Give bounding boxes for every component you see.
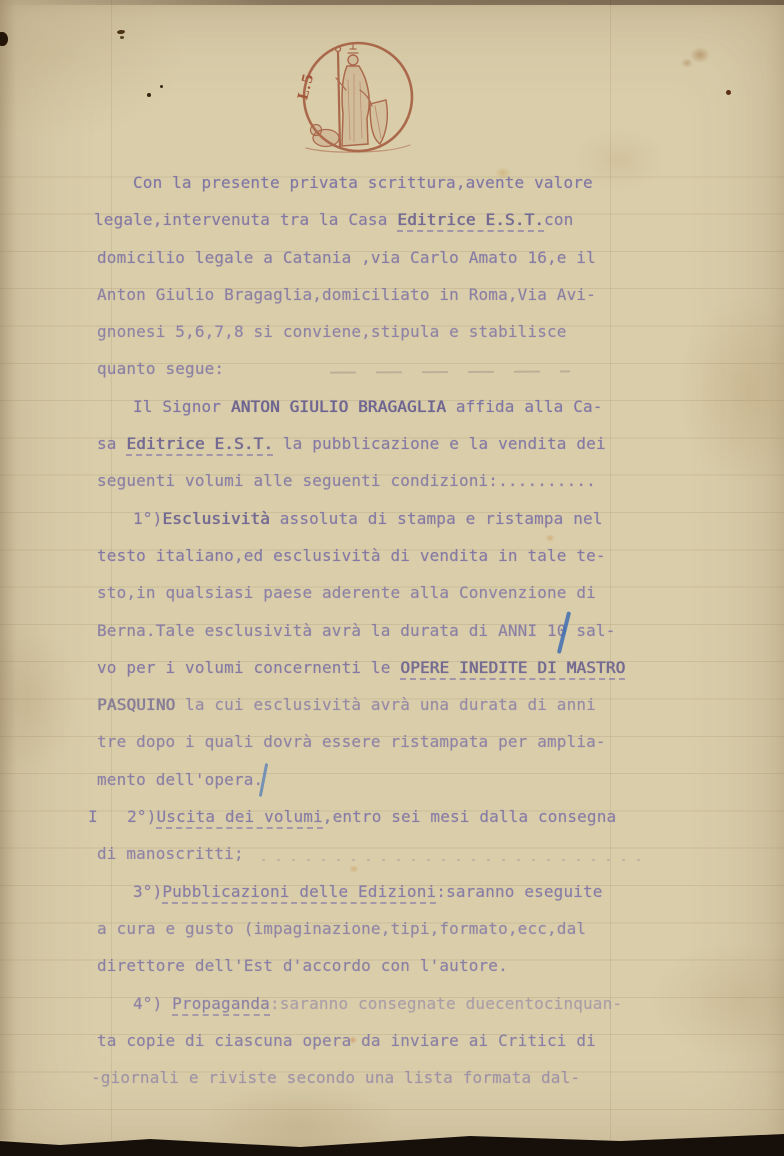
text-segment: :saranno consegnate duecentocinquan- bbox=[270, 994, 622, 1013]
text-segment: 3°) bbox=[133, 882, 162, 901]
document-page: L.5 Con la presente privata scrittura,av… bbox=[0, 0, 784, 1156]
text-segment: Editrice E.S.T. bbox=[397, 210, 544, 232]
text-segment: testo italiano,ed esclusività di vendita… bbox=[97, 546, 606, 565]
stamp-figure-head bbox=[348, 55, 358, 65]
text-line: seguenti volumi alle seguenti condizioni… bbox=[97, 462, 737, 499]
text-line: Con la presente privata scrittura,avente… bbox=[97, 164, 737, 201]
text-segment: Berna.Tale esclusività avrà la durata di… bbox=[97, 621, 616, 640]
stamp-staff bbox=[338, 52, 340, 148]
text-segment: sa bbox=[97, 434, 126, 453]
pencil-smudge bbox=[262, 859, 642, 861]
text-segment: la cui esclusività avrà una durata di an… bbox=[175, 695, 596, 714]
text-line: direttore dell'Est d'accordo con l'autor… bbox=[97, 947, 737, 984]
text-line: sa Editrice E.S.T. la pubblicazione e la… bbox=[97, 425, 737, 462]
ink-speck bbox=[117, 30, 125, 35]
text-line: -giornali e riviste secondo una lista fo… bbox=[91, 1059, 737, 1096]
stamp-shield bbox=[370, 100, 387, 144]
text-segment: domicilio legale a Catania ,via Carlo Am… bbox=[97, 248, 596, 267]
text-segment: I 2°) bbox=[88, 807, 156, 826]
text-segment: Uscita dei volumi bbox=[156, 807, 322, 829]
text-segment: Propaganda bbox=[172, 994, 270, 1016]
text-line: quanto segue: bbox=[97, 350, 737, 387]
text-line: Il Signor ANTON GIULIO BRAGAGLIA affida … bbox=[97, 388, 737, 425]
text-segment: 4°) bbox=[133, 994, 172, 1013]
paper-edge-shadow bbox=[0, 0, 784, 5]
text-segment: la pubblicazione e la vendita dei bbox=[273, 434, 606, 453]
ink-speck bbox=[160, 85, 163, 88]
ink-speck bbox=[726, 90, 731, 95]
text-segment: Anton Giulio Bragaglia,domiciliato in Ro… bbox=[97, 285, 596, 304]
text-segment: ANTON GIULIO BRAGAGLIA bbox=[231, 397, 446, 416]
text-segment: seguenti volumi alle seguenti condizioni… bbox=[97, 471, 596, 490]
text-line: di manoscritti; bbox=[97, 835, 737, 872]
text-segment: ta copie di ciascuna opera da inviare ai… bbox=[97, 1031, 596, 1050]
text-segment: Esclusività bbox=[162, 509, 270, 528]
typed-text: Con la presente privata scrittura,avente… bbox=[97, 164, 737, 1096]
text-segment: mento dell'opera. bbox=[97, 770, 263, 789]
paper-edge-shadow bbox=[0, 0, 16, 1140]
text-segment: -giornali e riviste secondo una lista fo… bbox=[91, 1068, 580, 1087]
text-segment: affida alla Ca- bbox=[446, 397, 603, 416]
text-line: domicilio legale a Catania ,via Carlo Am… bbox=[97, 239, 737, 276]
text-line: legale,intervenuta tra la Casa Editrice … bbox=[94, 201, 737, 238]
text-segment: Con la presente privata scrittura,avente… bbox=[133, 173, 593, 192]
text-line: 3°)Pubblicazioni delle Edizioni:saranno … bbox=[97, 873, 737, 910]
text-segment: di manoscritti; bbox=[97, 844, 244, 863]
text-line: sto,in qualsiasi paese aderente alla Con… bbox=[97, 574, 737, 611]
text-segment: quanto segue: bbox=[97, 359, 224, 378]
stamp-denomination: L.5 bbox=[295, 71, 317, 102]
text-segment: tre dopo i quali dovrà essere ristampata… bbox=[97, 732, 606, 751]
text-segment: Pubblicazioni delle Edizioni bbox=[162, 882, 436, 904]
text-segment: sto,in qualsiasi paese aderente alla Con… bbox=[97, 583, 596, 602]
text-segment: vo per i volumi concernenti le bbox=[97, 658, 400, 677]
ink-speck bbox=[120, 36, 124, 39]
text-line: mento dell'opera. bbox=[97, 761, 737, 798]
text-segment: 1°) bbox=[133, 509, 162, 528]
text-line: gnonesi 5,6,7,8 si conviene,stipula e st… bbox=[97, 313, 737, 350]
text-segment: OPERE INEDITE DI MASTRO bbox=[400, 658, 625, 680]
text-line: tre dopo i quali dovrà essere ristampata… bbox=[97, 723, 737, 760]
text-line: Anton Giulio Bragaglia,domiciliato in Ro… bbox=[97, 276, 737, 313]
text-segment: legale,intervenuta tra la Casa bbox=[94, 210, 397, 229]
text-segment: direttore dell'Est d'accordo con l'autor… bbox=[97, 956, 508, 975]
text-segment: a cura e gusto (impaginazione,tipi,forma… bbox=[97, 919, 586, 938]
text-segment: Editrice E.S.T. bbox=[126, 434, 273, 456]
text-segment: assoluta di stampa e ristampa nel bbox=[270, 509, 603, 528]
text-line: 4°) Propaganda:saranno consegnate duecen… bbox=[97, 985, 737, 1022]
ink-speck bbox=[147, 93, 151, 97]
text-segment: ,entro sei mesi dalla consegna bbox=[323, 807, 616, 826]
text-line: 1°)Esclusività assoluta di stampa e rist… bbox=[97, 500, 737, 537]
text-line: ta copie di ciascuna opera da inviare ai… bbox=[97, 1022, 737, 1059]
text-line: testo italiano,ed esclusività di vendita… bbox=[97, 537, 737, 574]
text-line: vo per i volumi concernenti le OPERE INE… bbox=[97, 649, 737, 686]
text-segment: con bbox=[544, 210, 573, 229]
text-segment: Il Signor bbox=[133, 397, 231, 416]
text-line: PASQUINO la cui esclusività avrà una dur… bbox=[97, 686, 737, 723]
revenue-stamp: L.5 bbox=[290, 30, 430, 170]
stamp-figure-body bbox=[342, 66, 369, 146]
text-segment: :saranno eseguite bbox=[436, 882, 602, 901]
text-segment: gnonesi 5,6,7,8 si conviene,stipula e st… bbox=[97, 322, 567, 341]
text-segment: PASQUINO bbox=[97, 695, 175, 714]
text-line: a cura e gusto (impaginazione,tipi,forma… bbox=[97, 910, 737, 947]
text-line: Berna.Tale esclusività avrà la durata di… bbox=[97, 612, 737, 649]
text-line: I 2°)Uscita dei volumi,entro sei mesi da… bbox=[88, 798, 737, 835]
